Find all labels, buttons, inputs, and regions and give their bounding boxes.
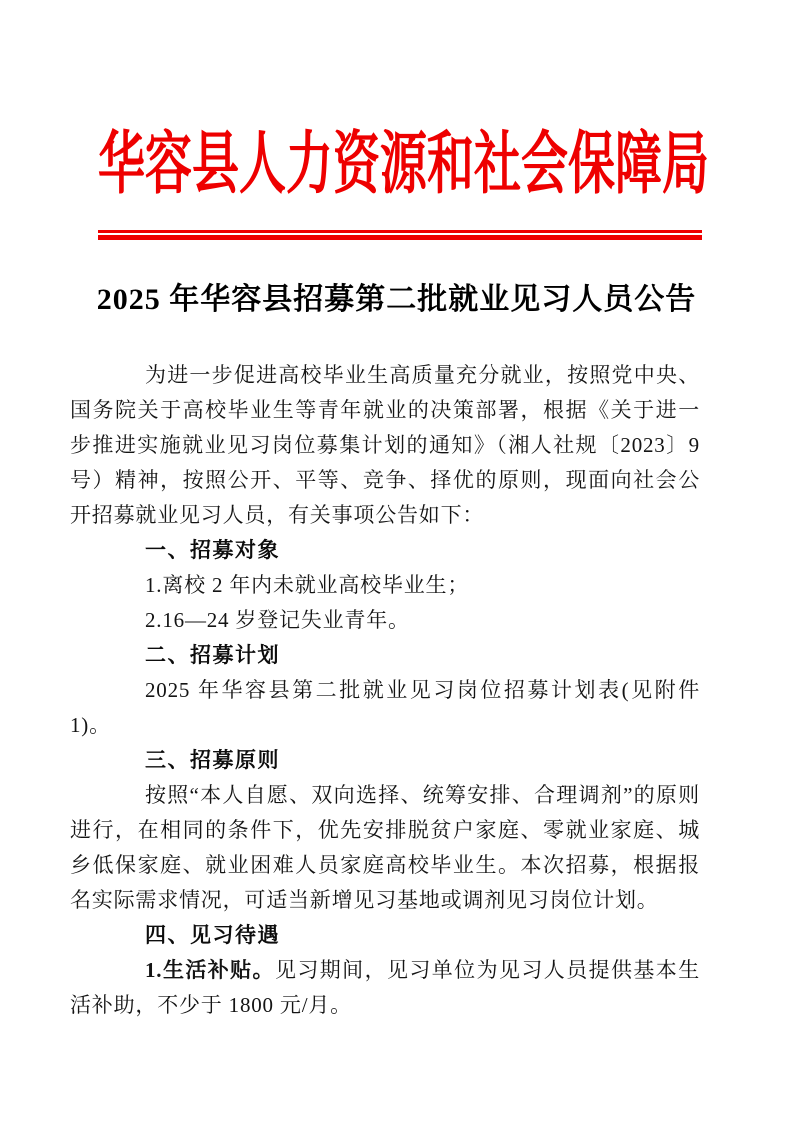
section-heading-recruit-plan: 二、招募计划 (70, 638, 700, 673)
announcement-title: 2025 年华容县招募第二批就业见习人员公告 (55, 281, 738, 319)
list-item: 1.离校 2 年内未就业高校毕业生； (70, 568, 700, 603)
announcement-body: 为进一步促进高校毕业生高质量充分就业，按照党中央、国务院关于高校毕业生等青年就业… (70, 358, 700, 1023)
letterhead-title: 华容县人力资源和社会保障局 (98, 132, 702, 208)
letterhead-double-rule (98, 230, 702, 240)
benefits-paragraph: 1.生活补贴。见习期间，见习单位为见习人员提供基本生活补助，不少于 1800 元… (70, 953, 700, 1023)
principles-paragraph: 按照“本人自愿、双向选择、统筹安排、合理调剂”的原则进行，在相同的条件下，优先安… (70, 778, 700, 918)
list-item: 2.16—24 岁登记失业青年。 (70, 603, 700, 638)
benefit-item-label: 1.生活补贴。 (145, 958, 275, 982)
plan-reference-line: 2025 年华容县第二批就业见习岗位招募计划表(见附件 1)。 (70, 673, 700, 743)
section-heading-recruit-principles: 三、招募原则 (70, 743, 700, 778)
document-page: 华容县人力资源和社会保障局 2025 年华容县招募第二批就业见习人员公告 为进一… (0, 0, 793, 1122)
intro-paragraph: 为进一步促进高校毕业生高质量充分就业，按照党中央、国务院关于高校毕业生等青年就业… (70, 358, 700, 533)
section-heading-internship-benefits: 四、见习待遇 (70, 918, 700, 953)
letterhead: 华容县人力资源和社会保障局 (0, 132, 793, 240)
org-name-text: 华容县人力资源和社会保障局 (98, 124, 709, 205)
section-heading-recruit-targets: 一、招募对象 (70, 533, 700, 568)
